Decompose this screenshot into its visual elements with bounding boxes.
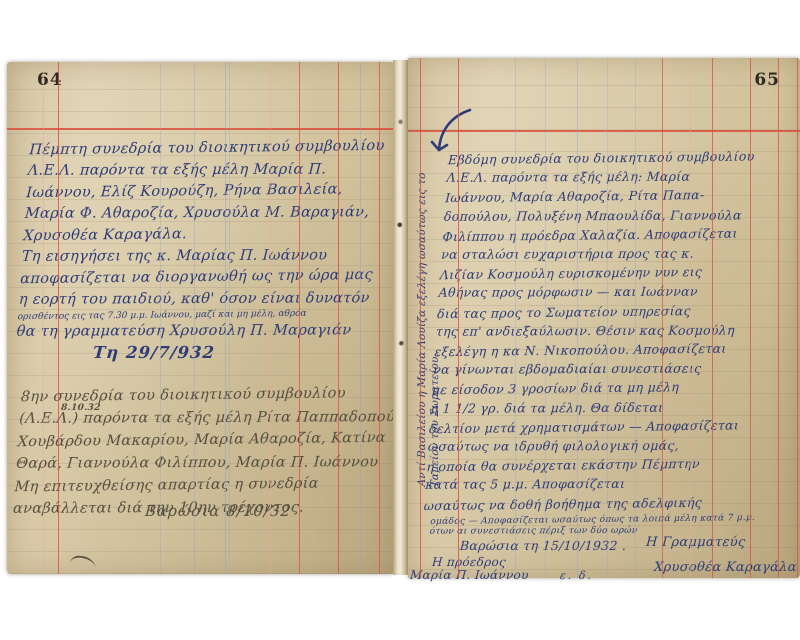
handwritten-line: Χουβάρδου Μακαρίου, Μαρία Αθαροζία, Κατί… [17, 427, 395, 454]
handwritten-line: θα τη γραμματεύση Χρυσούλη Π. Μαραγιάν [16, 320, 384, 343]
minutes-entry-2: 8ην συνεδρία του διοικητικού συμβουλίου(… [12, 384, 397, 519]
handwritten-line: Θαρά, Γιαννούλα Φιλίππου, Μαρία Π. Ιωάνν… [15, 451, 393, 475]
handwritten-line: Ιωάννου, Ελίζ Κουρούζη, Ρήνα Βασιλεία, [26, 179, 394, 205]
handwritten-line: ωσαύτως να δοθή βοήθημα της αδελφικής [423, 491, 788, 515]
handwritten-line: κατά τας 5 μ.μ. Αποφασίζεται [425, 474, 790, 495]
right-page: 65 Αντί Βασιλείου η Μαρία Λουίζα εξελέγη… [408, 58, 800, 578]
handwritten-line: Αθήνας προς μόρφωσιν — και Ιωάνναν [438, 282, 800, 303]
notebook-scan: 64 Πέμπτη συνεδρία του διοικητικού συμβο… [0, 0, 800, 640]
book-spine [393, 60, 408, 575]
president-signature: Μαρία Π. Ιωάννου [410, 568, 530, 582]
handwritten-line: Μη επιτευχθείσης απαρτίας η συνεδρία [14, 472, 392, 499]
handwritten-line: Τη εισηγήσει της κ. Μαρίας Π. Ιωάννου [21, 245, 389, 268]
minutes-entry-1: Πέμπτη συνεδρία του διοικητικού συμβουλί… [16, 138, 396, 343]
handwritten-line: δοπούλου, Πολυξένη Μπαουλίδα, Γιαννούλα [443, 205, 800, 226]
secretary-role-label: Η Γραμματεύς [645, 535, 746, 550]
handwritten-line: Πέμπτη συνεδρία του διοικητικού συμβουλί… [29, 136, 397, 162]
page-number-right: 65 [754, 70, 780, 90]
handwritten-line: αποφασίζεται να διοργανωθή ως την ώρα μα… [20, 265, 388, 291]
president-role-label: Η πρόεδρος [432, 555, 507, 569]
handwritten-line: Ιωάννου, Μαρία Αθαροζία, Ρίτα Παπα- [445, 184, 800, 208]
pencil-squiggle-mark [69, 555, 96, 569]
closing-place-date: Βαρώσια τη 15/10/1932 . [459, 538, 626, 553]
entry1-date: Τη 29/7/932 [92, 343, 215, 362]
handwritten-line: Λ.Ε.Λ. παρόντα τα εξής μέλη Μαρία Π. [27, 159, 395, 182]
handwritten-line: (Λ.Ε.Λ.) παρόντα τα εξής μέλη Ρίτα Παππα… [19, 406, 397, 430]
entry2-place-date: Βαρώσια 8/10/32 [144, 502, 291, 520]
red-header-rule [7, 128, 393, 130]
page-number-left: 64 [37, 70, 63, 90]
center-initials: ε. δ. [560, 569, 594, 582]
handwritten-line: Χρυσοθέα Καραγάλα. [23, 222, 391, 248]
handwritten-line: η εορτή του παιδιού, καθ' όσον είναι δυν… [18, 288, 386, 311]
left-page: 64 Πέμπτη συνεδρία του διοικητικού συμβο… [7, 62, 393, 574]
secretary-signature: Χρυσοθέα Καραγάλα [653, 560, 797, 575]
handwritten-line: Μαρία Φ. Αθαροζία, Χρυσούλα Μ. Βαραγιάν, [24, 202, 392, 225]
minutes-entry-3: Εβδόμη συνεδρία του διοικητικού συμβουλί… [423, 148, 800, 513]
minutes-entry-3-addendum: ομάδος — Αποφασίζεται ωσαύτως όπως τα λο… [429, 515, 755, 537]
handwritten-line: με είσοδον 3 γροσίων διά τα μη μέλη [431, 376, 796, 400]
handwritten-line: 8ην συνεδρία του διοικητικού συμβουλίου [20, 382, 398, 409]
